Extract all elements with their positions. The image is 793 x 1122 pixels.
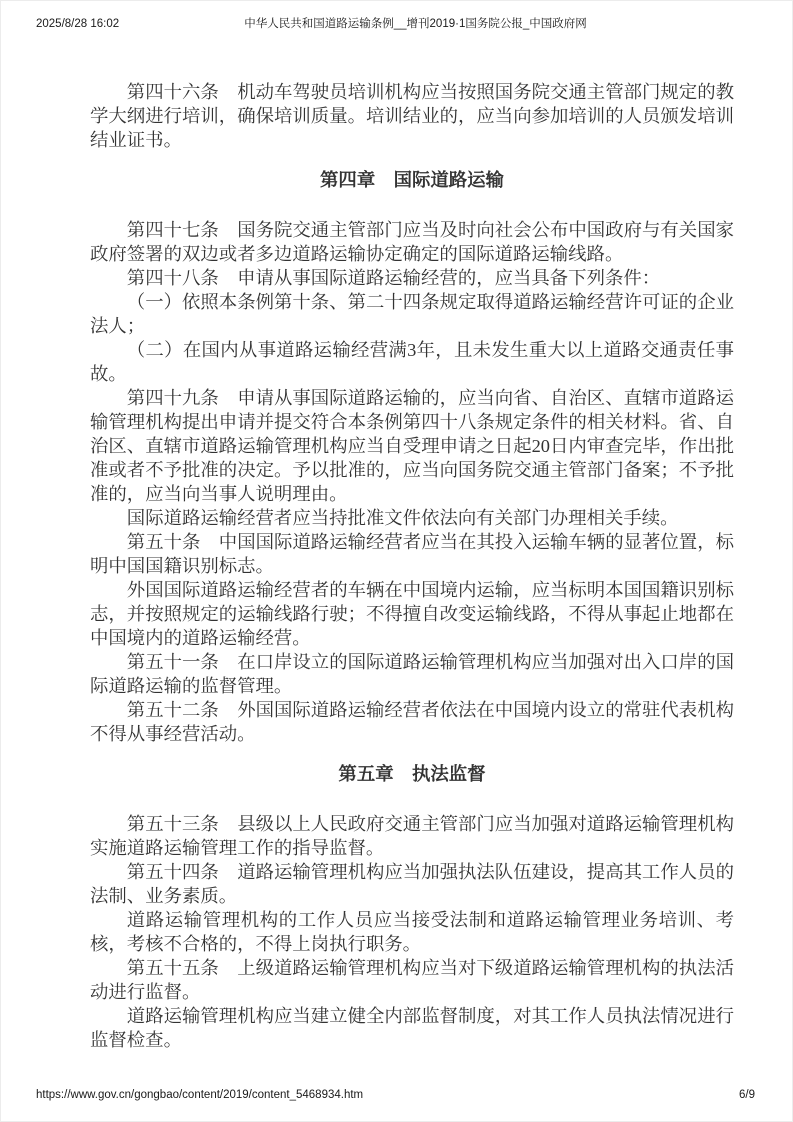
chapter-heading: 第五章 执法监督 (90, 762, 734, 786)
article-paragraph: 道路运输管理机构的工作人员应当接受法制和道路运输管理业务培训、考核，考核不合格的… (90, 908, 734, 956)
article-paragraph: 第五十五条 上级道路运输管理机构应当对下级道路运输管理机构的执法活动进行监督。 (90, 956, 734, 1004)
article-paragraph: 第四十八条 申请从事国际道路运输经营的，应当具备下列条件： (90, 266, 734, 290)
article-paragraph: 第四十九条 申请从事国际道路运输的，应当向省、自治区、直辖市道路运输管理机构提出… (90, 386, 734, 506)
article-paragraph: 外国国际道路运输经营者的车辆在中国境内运输，应当标明本国国籍识别标志，并按照规定… (90, 578, 734, 650)
article-paragraph: 第五十二条 外国国际道路运输经营者依法在中国境内设立的常驻代表机构不得从事经营活… (90, 698, 734, 746)
article-paragraph: 国际道路运输经营者应当持批准文件依法向有关部门办理相关手续。 (90, 506, 734, 530)
article-paragraph: 第五十四条 道路运输管理机构应当加强执法队伍建设，提高其工作人员的法制、业务素质… (90, 860, 734, 908)
print-header: 2025/8/28 16:02 中华人民共和国道路运输条例__增刊2019·1国… (36, 17, 755, 31)
article-paragraph: 第五十条 中国国际道路运输经营者应当在其投入运输车辆的显著位置，标明中国国籍识别… (90, 530, 734, 578)
page-number-indicator: 6/9 (739, 1088, 755, 1102)
article-paragraph: 第四十七条 国务院交通主管部门应当及时向社会公布中国政府与有关国家政府签署的双边… (90, 218, 734, 266)
printed-page: 2025/8/28 16:02 中华人民共和国道路运输条例__增刊2019·1国… (0, 0, 793, 1122)
print-datetime: 2025/8/28 16:02 (36, 17, 119, 31)
article-paragraph: 第五十三条 县级以上人民政府交通主管部门应当加强对道路运输管理机构实施道路运输管… (90, 812, 734, 860)
article-paragraph: （二）在国内从事道路运输经营满3年，且未发生重大以上道路交通责任事故。 (90, 338, 734, 386)
article-paragraph: 第五十一条 在口岸设立的国际道路运输管理机构应当加强对出入口岸的国际道路运输的监… (90, 650, 734, 698)
chapter-heading: 第四章 国际道路运输 (90, 168, 734, 192)
document-body: 第四十六条 机动车驾驶员培训机构应当按照国务院交通主管部门规定的教学大纲进行培训… (90, 80, 734, 1052)
article-paragraph: 道路运输管理机构应当建立健全内部监督制度，对其工作人员执法情况进行监督检查。 (90, 1004, 734, 1052)
print-page-title: 中华人民共和国道路运输条例__增刊2019·1国务院公报_中国政府网 (116, 17, 715, 31)
article-paragraph: 第四十六条 机动车驾驶员培训机构应当按照国务院交通主管部门规定的教学大纲进行培训… (90, 80, 734, 152)
article-paragraph: （一）依照本条例第十条、第二十四条规定取得道路运输经营许可证的企业法人； (90, 290, 734, 338)
source-url: https://www.gov.cn/gongbao/content/2019/… (36, 1088, 363, 1102)
print-footer: https://www.gov.cn/gongbao/content/2019/… (36, 1088, 755, 1102)
